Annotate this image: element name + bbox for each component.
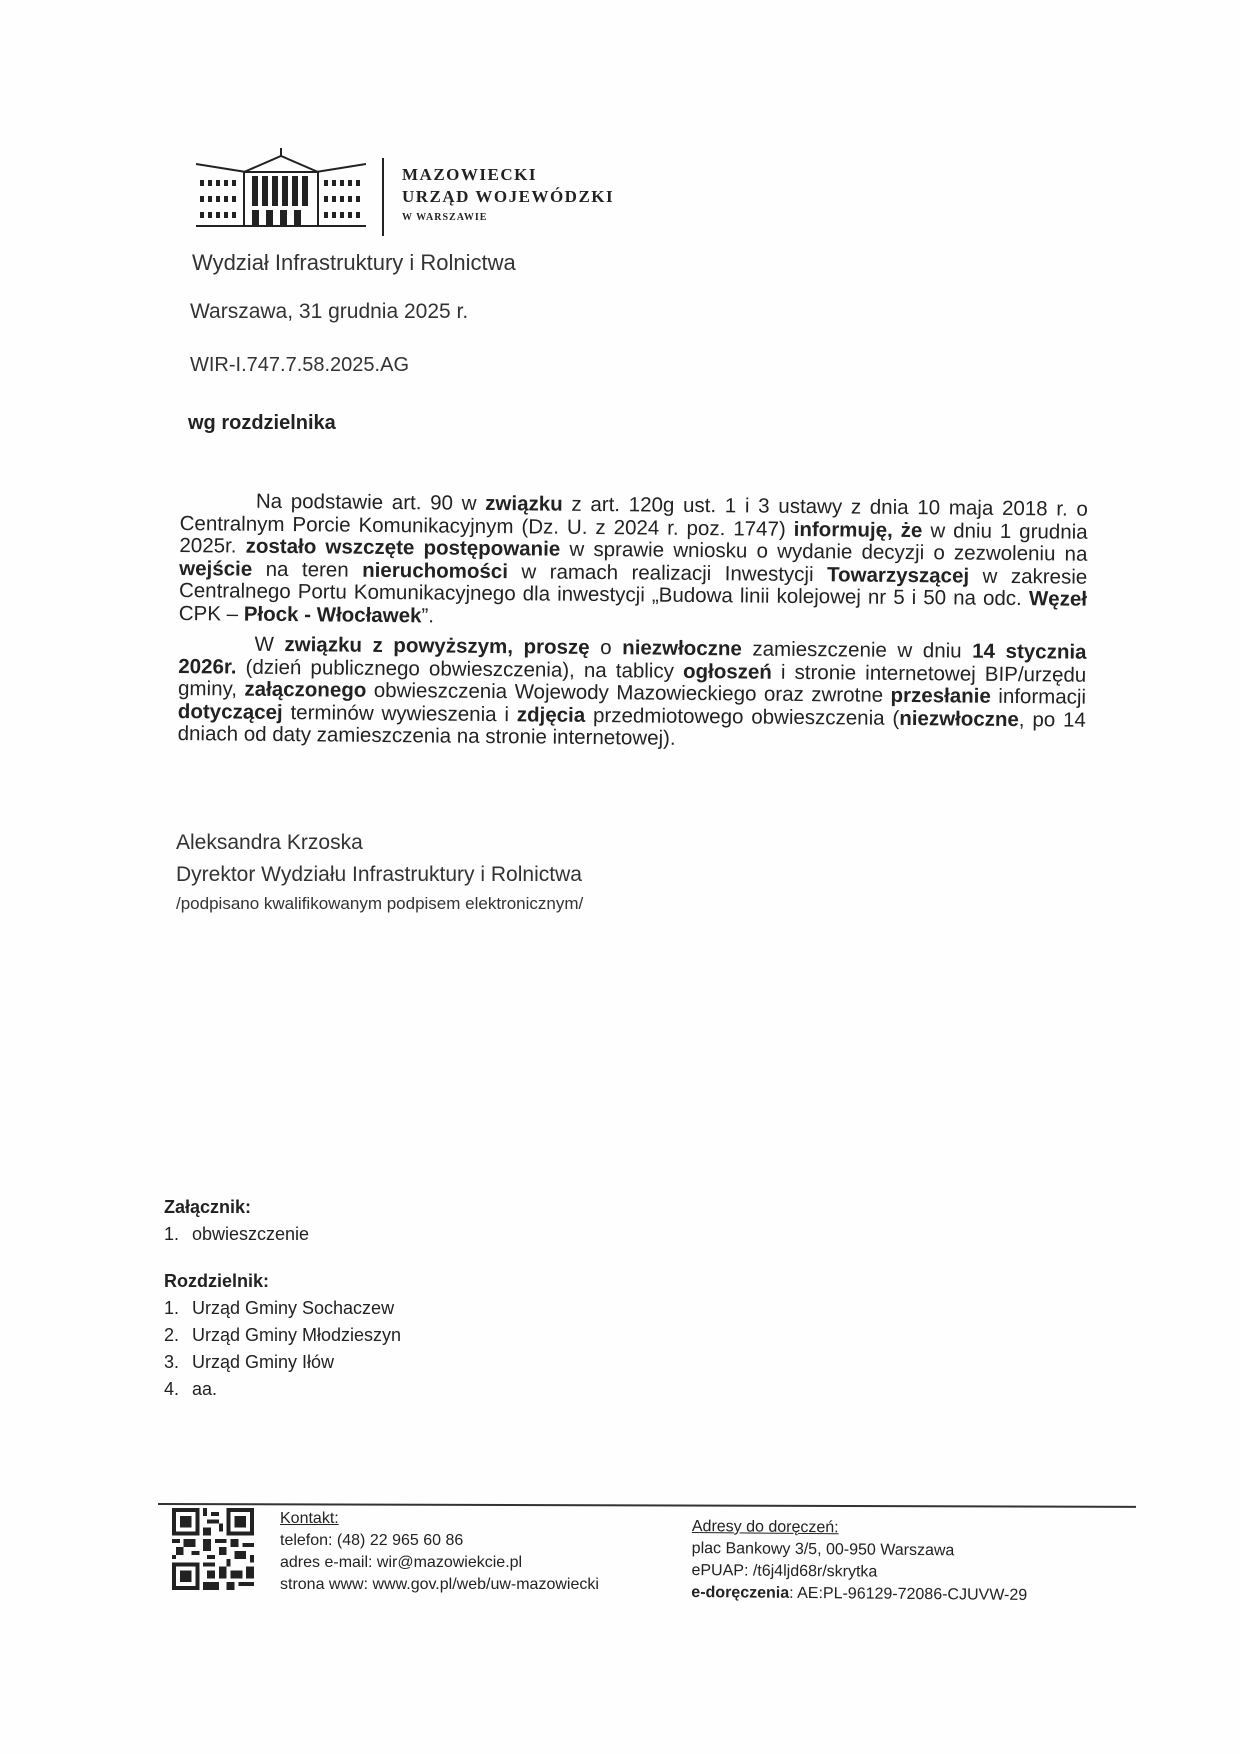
signature-note: /podpisano kwalifikowanym podpisem elekt… bbox=[176, 890, 583, 918]
list-item: 2.Urząd Gminy Młodzieszyn bbox=[164, 1322, 401, 1349]
attachments-list: 1.obwieszczenie bbox=[164, 1221, 309, 1248]
postal-address: plac Bankowy 3/5, 00-950 Warszawa bbox=[692, 1538, 1028, 1563]
contact-heading: Kontakt: bbox=[280, 1508, 599, 1530]
text-run: terminów wywieszenia i bbox=[283, 700, 517, 725]
text-run: ”. bbox=[421, 604, 434, 627]
list-number: 4. bbox=[164, 1376, 192, 1403]
contact-website[interactable]: strona www: www.gov.pl/web/uw-mazowiecki bbox=[280, 1574, 599, 1596]
text-run: niezwłoczne bbox=[899, 706, 1019, 730]
text-run: załączonego bbox=[244, 678, 366, 702]
list-number: 3. bbox=[164, 1349, 192, 1376]
org-line-2: URZĄD WOJEWÓDZKI bbox=[402, 186, 614, 208]
text-run: Węzeł bbox=[1029, 587, 1087, 611]
text-run: CPK – bbox=[179, 601, 244, 625]
list-text: aa. bbox=[192, 1376, 217, 1403]
list-text: Urząd Gminy Sochaczew bbox=[192, 1295, 394, 1322]
list-text: Urząd Gminy Młodzieszyn bbox=[192, 1322, 401, 1349]
delivery-address-block: Adresy do doręczeń: plac Bankowy 3/5, 00… bbox=[691, 1516, 1028, 1607]
e-delivery-value: : AE:PL-96129-72086-CJUVW-29 bbox=[789, 1585, 1027, 1604]
list-item: 1.Urząd Gminy Sochaczew bbox=[164, 1295, 401, 1322]
delivery-heading: Adresy do doręczeń: bbox=[692, 1516, 1028, 1541]
paragraph-1: Na podstawie art. 90 w związku z art. 12… bbox=[179, 490, 1088, 634]
signatory-title: Dyrektor Wydziału Infrastruktury i Rolni… bbox=[176, 860, 583, 890]
text-run: zdjęcia bbox=[517, 703, 586, 727]
text-run: Płock - Włocławek bbox=[244, 602, 422, 627]
list-text: Urząd Gminy Iłów bbox=[192, 1349, 334, 1376]
org-line-3: W WARSZAWIE bbox=[402, 208, 614, 228]
text-run: na teren bbox=[252, 557, 362, 581]
department: Wydział Infrastruktury i Rolnictwa bbox=[192, 250, 516, 276]
list-number: 2. bbox=[164, 1322, 192, 1349]
text-run: dotyczącej bbox=[178, 699, 283, 723]
distribution: Rozdzielnik: 1.Urząd Gminy Sochaczew2.Ur… bbox=[164, 1268, 401, 1403]
distribution-heading: Rozdzielnik: bbox=[164, 1268, 401, 1295]
org-line-1: MAZOWIECKI bbox=[402, 164, 614, 186]
qr-code-icon[interactable] bbox=[172, 1508, 254, 1590]
list-item: 3.Urząd Gminy Iłów bbox=[164, 1349, 401, 1376]
reference-number: WIR-I.747.7.58.2025.AG bbox=[190, 354, 409, 377]
text-run: nieruchomości bbox=[362, 558, 508, 582]
letter-body: Na podstawie art. 90 w związku z art. 12… bbox=[177, 490, 1087, 762]
e-delivery-address: e-doręczenia: AE:PL-96129-72086-CJUVW-29 bbox=[691, 1582, 1027, 1607]
list-number: 1. bbox=[164, 1295, 192, 1322]
list-text: obwieszczenie bbox=[192, 1221, 309, 1248]
list-item: 1.obwieszczenie bbox=[164, 1221, 309, 1248]
list-item: 4.aa. bbox=[164, 1376, 401, 1403]
text-run: informacji bbox=[991, 685, 1086, 709]
logo-divider bbox=[382, 158, 384, 236]
text-run: Na podstawie art. 90 w bbox=[256, 490, 486, 515]
text-run: zamieszczenie w dniu bbox=[742, 637, 973, 662]
text-run: W bbox=[254, 633, 284, 656]
contact-phone: telefon: (48) 22 965 60 86 bbox=[280, 1530, 599, 1552]
recipient-line: wg rozdzielnika bbox=[188, 412, 336, 435]
epuap-address: ePUAP: /t6j4ljd68r/skrytka bbox=[691, 1560, 1027, 1585]
contact-block: Kontakt: telefon: (48) 22 965 60 86 adre… bbox=[280, 1508, 599, 1596]
list-number: 1. bbox=[164, 1221, 192, 1248]
attachments: Załącznik: 1.obwieszczenie bbox=[164, 1194, 309, 1248]
e-delivery-label: e-doręczenia bbox=[691, 1584, 789, 1602]
document-page: MAZOWIECKI URZĄD WOJEWÓDZKI W WARSZAWIE … bbox=[0, 0, 1240, 1754]
letter-date: Warszawa, 31 grudnia 2025 r. bbox=[190, 300, 468, 324]
text-run: Towarzyszącej bbox=[827, 563, 969, 587]
text-run: o bbox=[590, 636, 623, 659]
text-run: ogłoszeń bbox=[683, 659, 772, 683]
text-run: niezwłoczne bbox=[622, 636, 742, 660]
text-run: związku bbox=[485, 492, 563, 516]
paragraph-2: W związku z powyższym, proszę o niezwłoc… bbox=[178, 633, 1087, 754]
attachments-heading: Załącznik: bbox=[164, 1194, 309, 1221]
text-run: przesłanie bbox=[890, 684, 990, 708]
signatory-name: Aleksandra Krzoska bbox=[176, 826, 583, 860]
organization-name: MAZOWIECKI URZĄD WOJEWÓDZKI W WARSZAWIE bbox=[402, 164, 614, 228]
contact-email[interactable]: adres e-mail: wir@mazowiekcie.pl bbox=[280, 1552, 599, 1574]
text-run: wejście bbox=[179, 556, 252, 580]
distribution-list: 1.Urząd Gminy Sochaczew2.Urząd Gminy Mło… bbox=[164, 1295, 401, 1403]
text-run: informuję, że bbox=[794, 517, 923, 541]
signature-block: Aleksandra Krzoska Dyrektor Wydziału Inf… bbox=[176, 826, 583, 918]
building-logo-icon bbox=[196, 146, 366, 230]
